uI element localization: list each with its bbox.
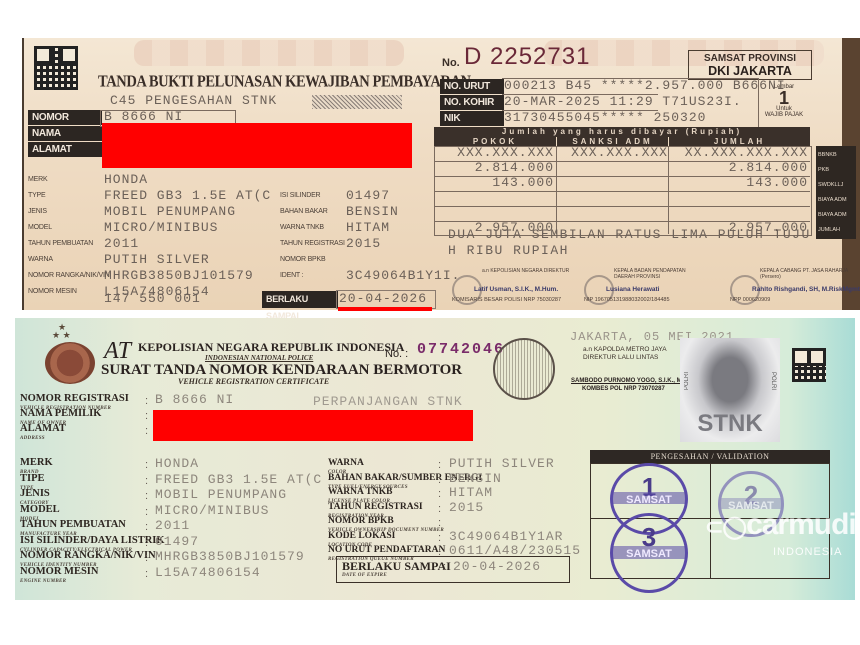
vehicle-value: HONDA [104, 172, 148, 187]
security-pattern [134, 40, 404, 66]
vehicle-label: IDENT : [280, 272, 303, 279]
signatory-name: Latif Usman, S.I.K., M.Hum. [474, 286, 558, 293]
vehicle-label: NOMOR MESINENGINE NUMBER [20, 567, 98, 587]
label-no-urut: NO. URUT [440, 79, 504, 94]
validation-header: PENGESAHAN / VALIDATION [590, 450, 830, 463]
watermark-country: INDONESIA [773, 546, 843, 558]
vehicle-label: NOMOR RANGKA/NIK/VIN [28, 272, 110, 279]
vehicle-label: JENIS [28, 208, 47, 215]
vehicle-label: TAHUN PEMBUATAN [28, 240, 93, 247]
redacted-owner-info [153, 410, 473, 441]
vehicle-value: 2015 [449, 500, 484, 515]
samsat-label: SAMSAT PROVINSI [689, 53, 811, 64]
jumlah-cell: 2.814.000 [668, 160, 808, 175]
vehicle-value: MICRO/MINIBUS [155, 503, 269, 518]
vehicle-value: MOBIL PENUMPANG [155, 487, 287, 502]
car-icon: ⊂◯ [705, 514, 746, 539]
label-nama-pemilik: NAMA PEMILIK [28, 126, 102, 141]
jumlah-cell: 143.000 [668, 175, 808, 190]
sanksi-cell: XXX.XXX.XXX [556, 145, 668, 160]
hologram-seal: STNK POLRI POLRI [680, 338, 780, 442]
label-no-kohir: NO. KOHIR [440, 95, 504, 110]
stnk-certificate: ★ ★ ★ AT KEPOLISIAN NEGARA REPUBLIK INDO… [15, 318, 855, 600]
vehicle-label: ISI SILINDER [280, 192, 320, 199]
signatory-name: Lusiana Herawati [606, 286, 659, 293]
value-no-kohir: 20-MAR-2025 11:29 T71US23I. [504, 94, 742, 109]
vehicle-label: MERK [28, 176, 47, 183]
vehicle-value: HITAM [346, 220, 390, 235]
vehicle-value: PUTIH SILVER [104, 252, 210, 267]
barcode-pattern [312, 95, 402, 109]
vehicle-value: MOBIL PENUMPANG [104, 204, 236, 219]
signatory-id: NIP 196705131988032002/184485 [584, 297, 670, 303]
receipt-subtitle: C45 PENGESAHAN STNK [110, 93, 277, 108]
receipt-title: TANDA BUKTI PELUNASAN KEWAJIBAN PEMBAYAR… [98, 73, 471, 93]
signatory-title: a.n KEPOLISIAN NEGARA DIREKTUR [482, 268, 572, 274]
qr-code-icon [792, 348, 826, 382]
vehicle-value: 3C49064B1Y1AR [449, 529, 563, 544]
vehicle-value: BENSIN [449, 471, 502, 486]
watermark-brand: ⊂◯carmudi [705, 508, 856, 542]
owner-label: ALAMATADDRESS [20, 424, 66, 444]
vehicle-value: FREED GB3 1.5E AT(C [155, 472, 322, 487]
qr-code-icon [34, 46, 78, 90]
vehicle-value: BENSIN [346, 204, 399, 219]
vehicle-value: 2011 [155, 518, 190, 533]
label-nik: NIK [440, 111, 504, 126]
vehicle-value: FREED GB3 1.5E AT(C [104, 188, 271, 203]
receipt-number-prefix: No. [442, 57, 460, 69]
vehicle-value: 2011 [104, 236, 139, 251]
vehicle-value: 01497 [155, 534, 199, 549]
label-nomor-polisi: NOMOR POLISI [28, 110, 102, 125]
star-icon: ★ ★ [52, 330, 71, 341]
value-berlaku-sampai: 20-04-2026 [339, 291, 427, 306]
label-berlaku-sampai: BERLAKU SAMPAI [262, 291, 338, 308]
label-alamat: ALAMAT [28, 142, 102, 157]
signatory-name: Rahlto Rishgandi, SH, M.RiskMgmt [752, 286, 860, 293]
signatory-title: KEPALA CABANG PT. JASA RAHARJA (Persero) [760, 268, 850, 280]
vehicle-value: HITAM [449, 485, 493, 500]
vehicle-label: TAHUN REGISTRASI [280, 240, 345, 247]
row-tag: JUMLAH [816, 221, 856, 239]
police-emblem-icon [45, 342, 95, 384]
signatory-title: KEPALA BADAN PENDAPATAN DAERAH PROVINSI [614, 268, 704, 280]
redacted-owner-info [102, 123, 412, 168]
vehicle-label: TYPE [28, 192, 45, 199]
tax-receipt: TANDA BUKTI PELUNASAN KEWAJIBAN PEMBAYAR… [22, 38, 842, 310]
vehicle-value: MHRGB3850BJ101579 [104, 268, 254, 283]
vehicle-value: 2015 [346, 236, 381, 251]
vehicle-value: PUTIH SILVER [449, 456, 555, 471]
registration-note: PERPANJANGAN STNK [313, 394, 463, 409]
vehicle-label: MODEL [28, 224, 52, 231]
pokok-cell: XXX.XXX.XXX [434, 145, 554, 160]
kapolda-stamp [493, 338, 555, 400]
vehicle-label: NOMOR BPKB [280, 256, 325, 263]
vehicle-label: NOMOR MESIN [28, 288, 77, 295]
vehicle-value: 01497 [346, 188, 390, 203]
handwritten-note: AT [104, 338, 131, 365]
issuer-title: a.n KAPOLDA METRO JAYA DIREKTUR LALU LIN… [583, 346, 673, 362]
vehicle-value: 3C49064B1Y1I. [346, 268, 460, 283]
vehicle-label: WARNA TNKB [280, 224, 324, 231]
issuer-rank: KOMBES POL NRP 73070287 [582, 386, 665, 392]
signatory-id: KOMISARIS BESAR POLISI NRP 75030287 [452, 297, 561, 303]
samsat-box: SAMSAT PROVINSI DKI JAKARTA [688, 50, 812, 80]
agency-name: KEPOLISIAN NEGARA REPUBLIK INDONESIA [138, 340, 404, 355]
amount-in-words-line1: DUA JUTA SEMBILAN RATUS LIMA PULUH TUJU [448, 227, 811, 242]
value-nomor-polisi: B 8666 NI [104, 109, 183, 124]
jumlah-cell: XX.XXX.XXX.XXX [668, 145, 808, 160]
vehicle-value: HONDA [155, 456, 199, 471]
vehicle-value: MHRGB3850BJ101579 [155, 549, 305, 564]
agency-name-en: INDONESIAN NATIONAL POLICE [205, 354, 313, 362]
owner-value: B 8666 NI [155, 392, 234, 407]
certificate-title-en: VEHICLE REGISTRATION CERTIFICATE [178, 377, 329, 386]
vehicle-label: BAHAN BAKAR [280, 208, 328, 215]
label-expiry: BERLAKU SAMPAIDATE OF EXPIRE [342, 561, 451, 581]
payment-caption: Jumlah yang harus dibayar (Rupiah) [434, 127, 810, 137]
vehicle-value: MICRO/MINIBUS [104, 220, 218, 235]
signatory-id: NPP 000620909 [730, 297, 770, 303]
certificate-number: 07742046 [417, 341, 505, 358]
value-no-urut: 000213 B45 *****2.957.000 B666NI [504, 78, 786, 93]
vehicle-label: WARNA [28, 256, 53, 263]
receipt-number: D 2252731 [464, 43, 590, 71]
value-expiry: 20-04-2026 [453, 559, 541, 574]
vehicle-value: L15A74806154 [155, 565, 261, 580]
redaction-mark [338, 307, 432, 311]
extra-code-line: 147 550 001 [104, 291, 201, 306]
samsat-region: DKI JAKARTA [689, 64, 811, 78]
samsat-stamp: 3SAMSAT [610, 513, 688, 593]
pokok-cell: 2.814.000 [434, 160, 554, 175]
certificate-number-prefix: No. : [385, 348, 408, 360]
amount-in-words-line2: H RIBU RUPIAH [448, 243, 569, 258]
value-nik: 31730455045***** 250320 [504, 110, 706, 125]
pokok-cell: 143.000 [434, 175, 554, 190]
